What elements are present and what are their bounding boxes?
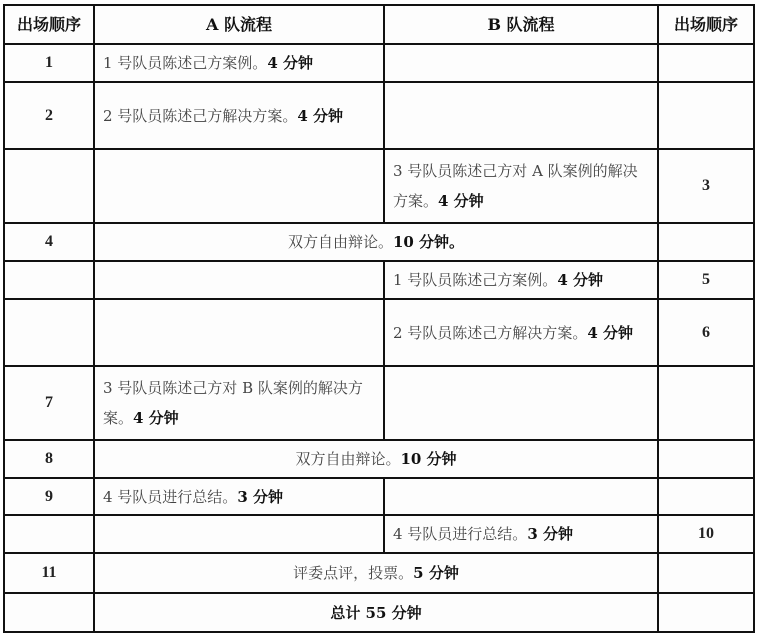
team-b-step bbox=[384, 366, 658, 440]
team-a-step bbox=[94, 515, 384, 553]
order-left bbox=[4, 515, 94, 553]
team-b-step: 4 号队员进行总结。3 分钟 bbox=[384, 515, 658, 553]
team-a-step: 2 号队员陈述己方解决方案。4 分钟 bbox=[94, 82, 384, 149]
order-right bbox=[658, 440, 754, 478]
order-left: 8 bbox=[4, 440, 94, 478]
order-left: 1 bbox=[4, 44, 94, 82]
team-b-step bbox=[384, 82, 658, 149]
order-left bbox=[4, 149, 94, 223]
order-left bbox=[4, 593, 94, 632]
team-b-step: 1 号队员陈述己方案例。4 分钟 bbox=[384, 261, 658, 299]
order-left bbox=[4, 261, 94, 299]
team-b-step bbox=[384, 478, 658, 515]
team-b-step bbox=[384, 44, 658, 82]
table-row: 7 3 号队员陈述己方对 B 队案例的解决方案。4 分钟 bbox=[4, 366, 754, 440]
order-right bbox=[658, 366, 754, 440]
order-right: 6 bbox=[658, 299, 754, 366]
table-row: 11 评委点评，投票。5 分钟 bbox=[4, 553, 754, 593]
table-row: 3 号队员陈述己方对 A 队案例的解决方案。4 分钟 3 bbox=[4, 149, 754, 223]
order-right: 10 bbox=[658, 515, 754, 553]
team-b-step: 2 号队员陈述己方解决方案。4 分钟 bbox=[384, 299, 658, 366]
table-row: 2 2 号队员陈述己方解决方案。4 分钟 bbox=[4, 82, 754, 149]
order-left bbox=[4, 299, 94, 366]
order-right bbox=[658, 553, 754, 593]
team-a-step: 1 号队员陈述己方案例。4 分钟 bbox=[94, 44, 384, 82]
table-row: 9 4 号队员进行总结。3 分钟 bbox=[4, 478, 754, 515]
header-order-right: 出场顺序 bbox=[658, 5, 754, 44]
header-team-b: B 队流程 bbox=[384, 5, 658, 44]
table-row: 4 号队员进行总结。3 分钟 10 bbox=[4, 515, 754, 553]
order-right bbox=[658, 478, 754, 515]
order-right bbox=[658, 223, 754, 261]
table-row: 1 号队员陈述己方案例。4 分钟 5 bbox=[4, 261, 754, 299]
header-order-left: 出场顺序 bbox=[4, 5, 94, 44]
total-row: 总计 55 分钟 bbox=[4, 593, 754, 632]
order-left: 7 bbox=[4, 366, 94, 440]
debate-schedule-table: 出场顺序 A 队流程 B 队流程 出场顺序 1 1 号队员陈述己方案例。4 分钟… bbox=[3, 4, 755, 633]
order-right bbox=[658, 44, 754, 82]
header-team-a: A 队流程 bbox=[94, 5, 384, 44]
team-a-step bbox=[94, 149, 384, 223]
joint-step: 双方自由辩论。10 分钟 bbox=[94, 440, 658, 478]
joint-step: 双方自由辩论。10 分钟。 bbox=[94, 223, 658, 261]
order-right: 5 bbox=[658, 261, 754, 299]
table-row: 1 1 号队员陈述己方案例。4 分钟 bbox=[4, 44, 754, 82]
order-left: 4 bbox=[4, 223, 94, 261]
order-left: 2 bbox=[4, 82, 94, 149]
team-a-step: 3 号队员陈述己方对 B 队案例的解决方案。4 分钟 bbox=[94, 366, 384, 440]
table-row: 2 号队员陈述己方解决方案。4 分钟 6 bbox=[4, 299, 754, 366]
order-right bbox=[658, 593, 754, 632]
order-right bbox=[658, 82, 754, 149]
team-a-step bbox=[94, 261, 384, 299]
table-row: 8 双方自由辩论。10 分钟 bbox=[4, 440, 754, 478]
order-left: 9 bbox=[4, 478, 94, 515]
team-a-step bbox=[94, 299, 384, 366]
header-row: 出场顺序 A 队流程 B 队流程 出场顺序 bbox=[4, 5, 754, 44]
team-b-step: 3 号队员陈述己方对 A 队案例的解决方案。4 分钟 bbox=[384, 149, 658, 223]
team-a-step: 4 号队员进行总结。3 分钟 bbox=[94, 478, 384, 515]
table-row: 4 双方自由辩论。10 分钟。 bbox=[4, 223, 754, 261]
total-time: 总计 55 分钟 bbox=[94, 593, 658, 632]
order-right: 3 bbox=[658, 149, 754, 223]
order-left: 11 bbox=[4, 553, 94, 593]
joint-step: 评委点评，投票。5 分钟 bbox=[94, 553, 658, 593]
